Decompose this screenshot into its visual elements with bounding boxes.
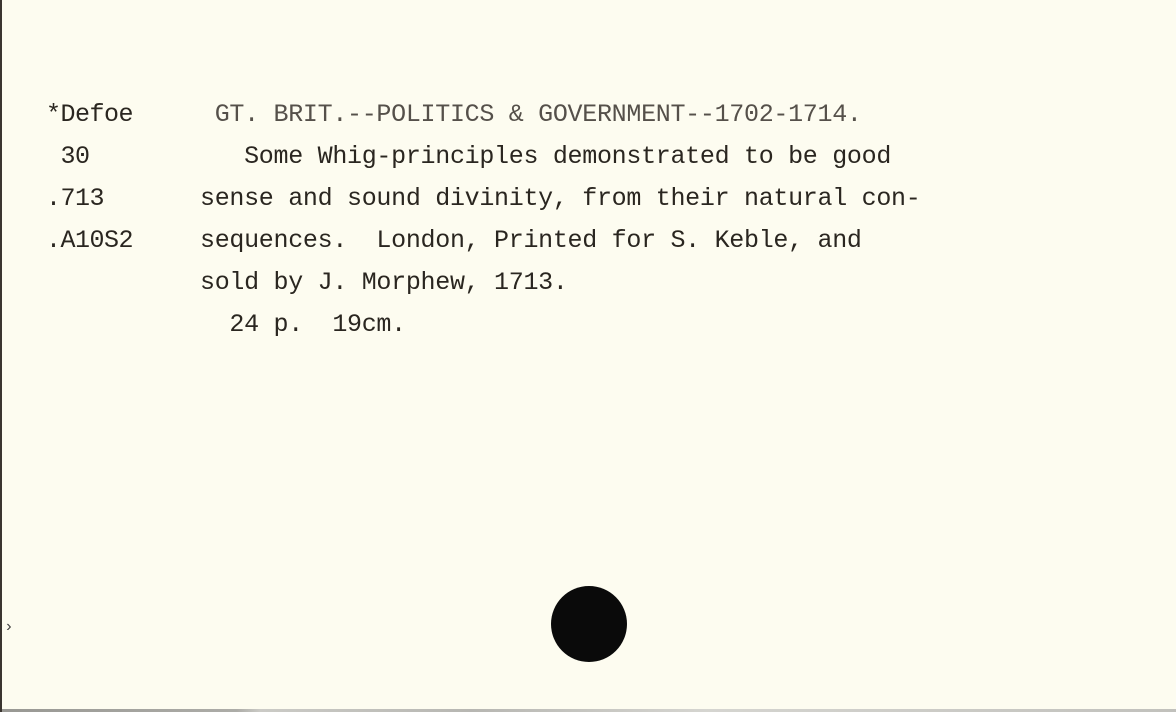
card-body: GT. BRIT.--POLITICS & GOVERNMENT--1702-1…: [200, 94, 920, 346]
description-line: sequences. London, Printed for S. Keble,…: [200, 220, 920, 262]
description-line: Some Whig-principles demonstrated to be …: [200, 136, 920, 178]
call-number-line: .A10S2: [46, 220, 133, 262]
collation-line: 24 p. 19cm.: [200, 304, 920, 346]
catalog-card: *Defoe 30 .713 .A10S2 GT. BRIT.--POLITIC…: [0, 0, 1176, 712]
subject-heading: GT. BRIT.--POLITICS & GOVERNMENT--1702-1…: [200, 94, 920, 136]
call-number-line: .713: [46, 178, 133, 220]
call-number: *Defoe 30 .713 .A10S2: [46, 94, 133, 262]
call-number-line: 30: [46, 136, 133, 178]
description-line: sold by J. Morphew, 1713.: [200, 262, 920, 304]
punch-hole: [551, 586, 627, 662]
call-number-line: *Defoe: [46, 94, 133, 136]
margin-mark-icon: ›: [4, 620, 22, 634]
description-line: sense and sound divinity, from their nat…: [200, 178, 920, 220]
